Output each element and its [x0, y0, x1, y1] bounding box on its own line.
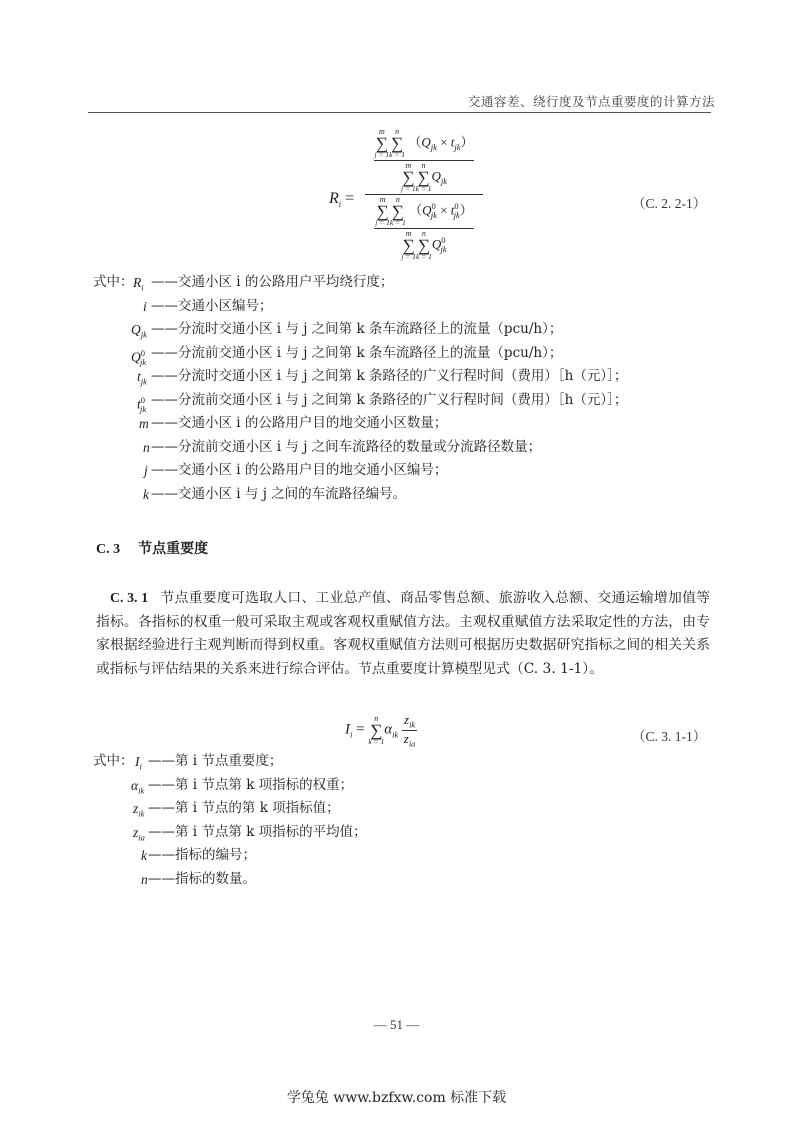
denominator-denominator: m∑j = 1n∑k = 1Q0jk	[365, 230, 483, 261]
running-header-title: 交通容差、绕行度及节点重要度的计算方法	[468, 92, 715, 110]
definitions-list-2: 式中： Ii ——第 i 节点重要度； αik ——第 i 节点第 k 项指标的…	[93, 750, 733, 891]
def-text: ——第 i 节点第 k 项指标的权重；	[148, 774, 353, 798]
def-text: ——分流时交通小区 i 与 j 之间第 k 条路径的广义行程时间（费用）［h（元…	[151, 365, 627, 389]
definition-row: j ——交通小区 i 的公路用户目的地交通小区编号；	[93, 459, 733, 483]
formula-c311: Ii = n∑k = 1αik zik zia	[345, 712, 417, 748]
footer-watermark: 学兔兔 www.bzfxw.com 标准下载	[0, 1087, 793, 1107]
numerator-denominator: m∑j = 1n∑k = 1Qjk	[365, 162, 483, 193]
page-number: — 51 —	[0, 1017, 793, 1033]
denominator-block: m∑j = 1n∑k = 1 （Q0jk × t0jk）	[365, 196, 483, 227]
definitions-intro: 式中：	[93, 271, 134, 295]
equation-number-c221: （C. 2. 2-1）	[632, 192, 706, 212]
equation-number-c311: （C. 3. 1-1）	[632, 725, 706, 745]
definition-row: Q0jk ——分流前交通小区 i 与 j 之间第 k 条车流路径上的流量（pcu…	[93, 342, 733, 366]
definition-row: 式中： Ii ——第 i 节点重要度；	[93, 750, 733, 774]
definition-row: i ——交通小区编号；	[93, 295, 733, 319]
def-text: ——交通小区 i 与 j 之间的车流路径编号。	[151, 483, 406, 507]
header-rule	[88, 112, 711, 113]
def-symbol: k	[143, 483, 149, 507]
clause-number: C. 3. 1	[110, 590, 148, 605]
definition-row: k ——指标的编号；	[93, 844, 733, 868]
def-symbol: i	[143, 295, 147, 319]
def-symbol: n	[143, 436, 150, 460]
def-text: ——交通小区 i 的公路用户平均绕行度；	[151, 271, 393, 295]
def-text: ——第 i 节点重要度；	[148, 750, 282, 774]
section-heading-c3: C. 3节点重要度	[96, 538, 208, 558]
definitions-intro: 式中：	[93, 750, 134, 774]
section-title: 节点重要度	[138, 541, 208, 557]
paragraph-c31: C. 3. 1节点重要度可选取人口、工业总产值、商品零售总额、旅游收入总额、交通…	[96, 586, 710, 681]
def-symbol: m	[139, 412, 149, 436]
z-fraction: zik zia	[402, 712, 417, 748]
def-text: ——指标的编号；	[148, 844, 256, 868]
definition-row: zik ——第 i 节点的第 k 项指标值；	[93, 797, 733, 821]
def-text: ——交通小区编号；	[151, 295, 273, 319]
numerator-block: m∑j = 1n∑k = 1 （Qjk × tjk）	[365, 128, 483, 159]
definitions-list-1: 式中： Ri ——交通小区 i 的公路用户平均绕行度； i ——交通小区编号； …	[93, 271, 733, 506]
def-text: ——指标的数量。	[148, 868, 256, 892]
def-text: ——交通小区 i 的公路用户目的地交通小区数量；	[151, 412, 447, 436]
definition-row: Qjk ——分流时交通小区 i 与 j 之间第 k 条车流路径上的流量（pcu/…	[93, 318, 733, 342]
formula-c221: Ri = m∑j = 1n∑k = 1 （Qjk × tjk） m∑j = 1n…	[329, 128, 489, 268]
definition-row: zia ——第 i 节点第 k 项指标的平均值；	[93, 821, 733, 845]
definition-row: m ——交通小区 i 的公路用户目的地交通小区数量；	[93, 412, 733, 436]
definition-row: k ——交通小区 i 与 j 之间的车流路径编号。	[93, 483, 733, 507]
definition-row: n ——指标的数量。	[93, 868, 733, 892]
paragraph-text: 节点重要度可选取人口、工业总产值、商品零售总额、旅游收入总额、交通运输增加值等指…	[96, 590, 710, 677]
section-number: C. 3	[96, 542, 120, 557]
def-text: ——第 i 节点的第 k 项指标值；	[148, 797, 340, 821]
definition-row: n ——分流前交通小区 i 与 j 之间车流路径的数量或分流路径数量；	[93, 436, 733, 460]
def-symbol: j	[144, 459, 148, 483]
def-symbol: n	[141, 868, 148, 892]
def-text: ——第 i 节点第 k 项指标的平均值；	[148, 821, 367, 845]
def-text: ——分流时交通小区 i 与 j 之间第 k 条车流路径上的流量（pcu/h）；	[151, 318, 562, 342]
def-text: ——分流前交通小区 i 与 j 之间第 k 条路径的广义行程时间（费用）［h（元…	[151, 389, 627, 413]
outer-fraction: m∑j = 1n∑k = 1 （Qjk × tjk） m∑j = 1n∑k = …	[365, 128, 483, 260]
def-text: ——分流前交通小区 i 与 j 之间第 k 条车流路径上的流量（pcu/h）；	[151, 342, 562, 366]
def-text: ——分流前交通小区 i 与 j 之间车流路径的数量或分流路径数量；	[151, 436, 541, 460]
def-text: ——交通小区 i 的公路用户目的地交通小区编号；	[151, 459, 447, 483]
definition-row: tjk ——分流时交通小区 i 与 j 之间第 k 条路径的广义行程时间（费用）…	[93, 365, 733, 389]
definition-row: t0jk ——分流前交通小区 i 与 j 之间第 k 条路径的广义行程时间（费用…	[93, 389, 733, 413]
formula-lhs: Ri =	[329, 190, 354, 209]
def-symbol: k	[141, 844, 147, 868]
definition-row: 式中： Ri ——交通小区 i 的公路用户平均绕行度；	[93, 271, 733, 295]
definition-row: αik ——第 i 节点第 k 项指标的权重；	[93, 774, 733, 798]
